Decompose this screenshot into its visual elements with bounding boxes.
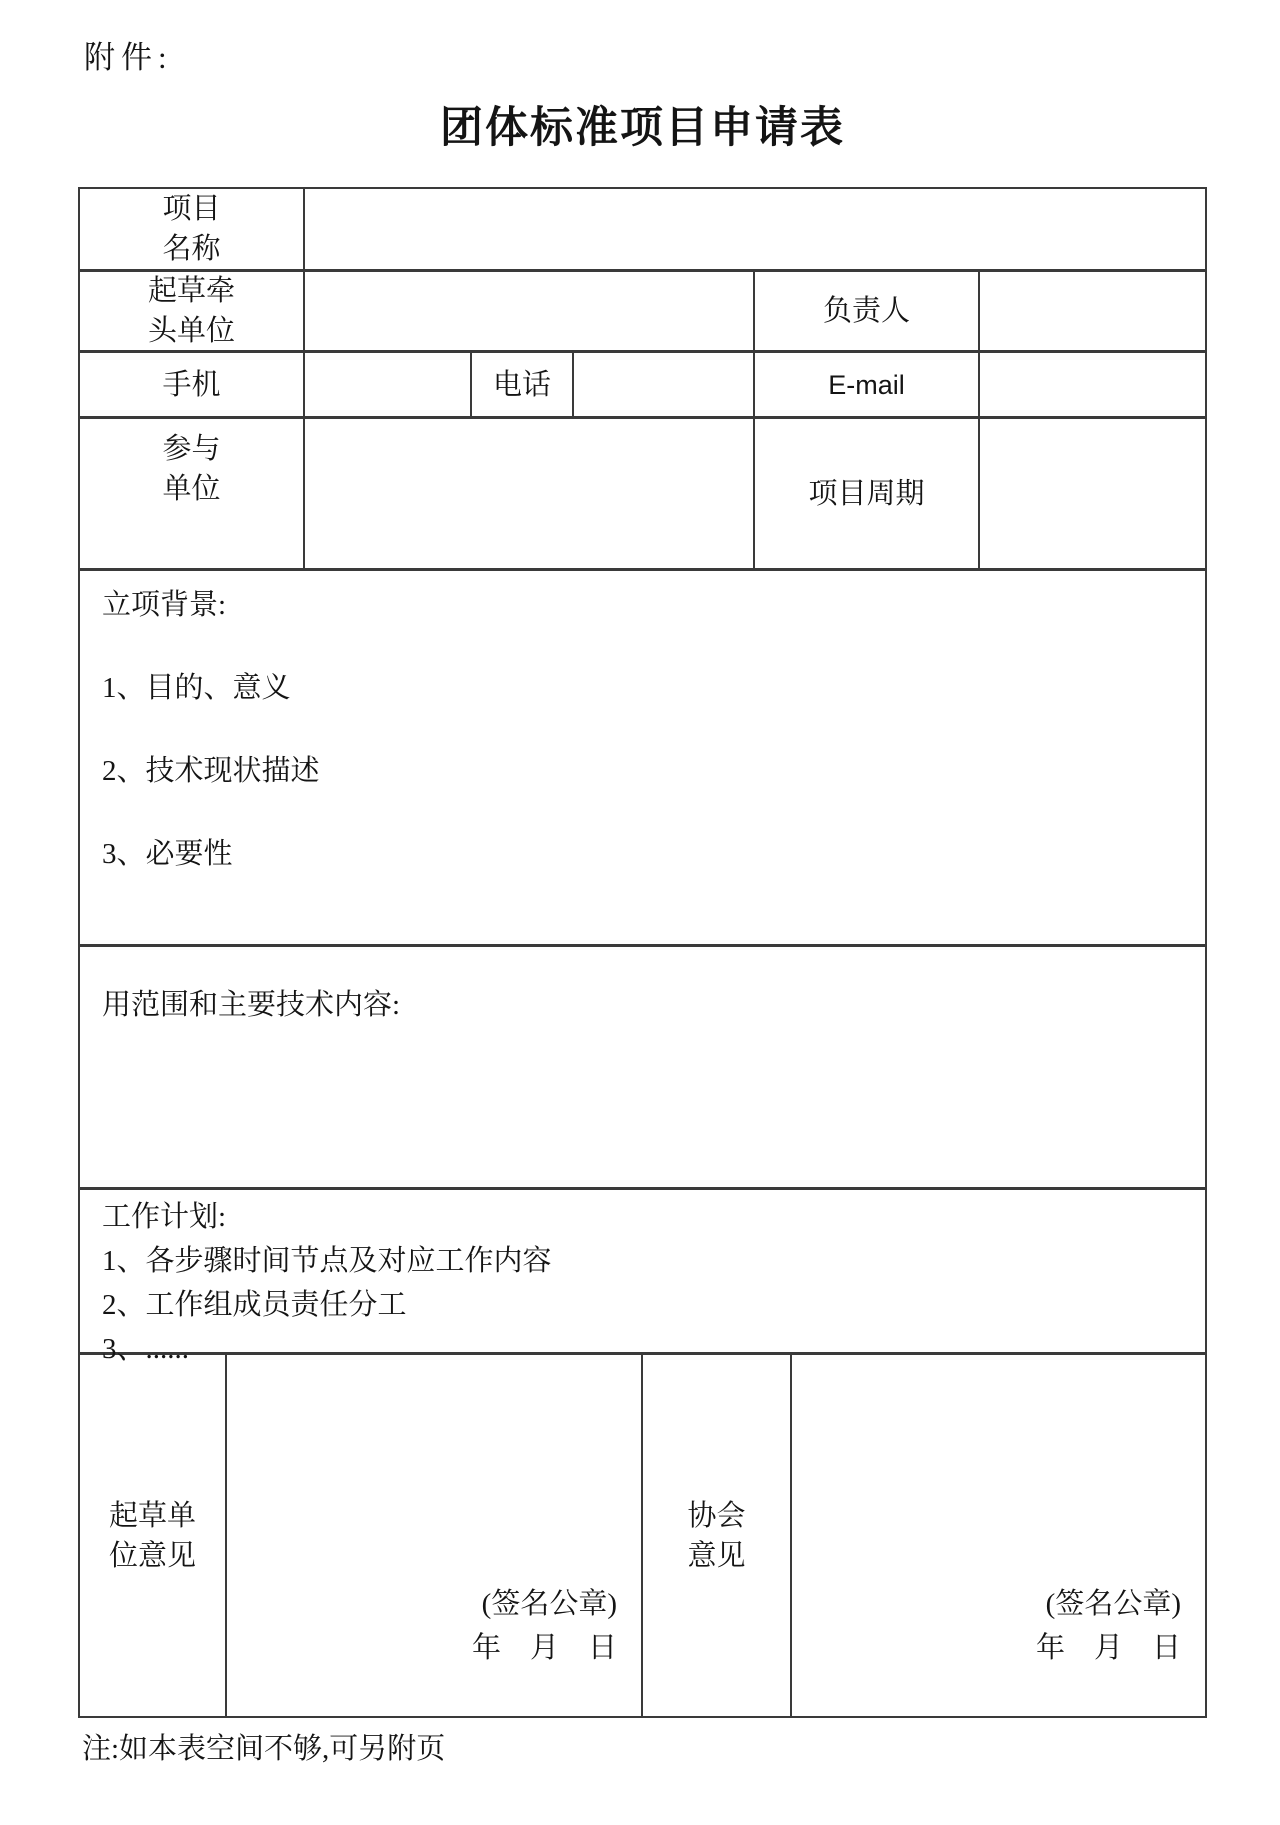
row-background[interactable]: 立项背景: 1、目的、意义 2、技术现状描述 3、必要性: [80, 571, 1205, 947]
row-lead-unit: 起草牵 头单位 负责人: [80, 272, 1205, 353]
row-project-name: 项目 名称: [80, 189, 1205, 272]
leader-field[interactable]: [980, 272, 1205, 350]
association-signature-area[interactable]: (签名公章) 年 月 日: [792, 1355, 1205, 1716]
draft-unit-signature-hint: (签名公章): [482, 1582, 617, 1626]
background-heading: 立项背景:: [102, 585, 1181, 625]
draft-unit-opinion-label: 起草单 位意见: [80, 1355, 227, 1716]
association-signature-hint: (签名公章): [1046, 1582, 1181, 1626]
mobile-label: 手机: [80, 353, 305, 416]
mobile-field[interactable]: [305, 353, 472, 416]
participants-label: 参与 单位: [80, 419, 305, 568]
attachment-label: 附件:: [84, 32, 173, 77]
application-table: 项目 名称 起草牵 头单位 负责人 手机 电话: [78, 187, 1207, 1718]
work-plan-item: 1、各步骤时间节点及对应工作内容: [102, 1239, 1181, 1283]
association-opinion-label: 协会 意见: [643, 1355, 792, 1716]
participants-field[interactable]: [305, 419, 755, 568]
leader-label: 负责人: [755, 272, 980, 350]
scope-heading: 用范围和主要技术内容:: [102, 985, 1181, 1025]
background-item: 3、必要性: [102, 834, 1181, 874]
project-name-label: 项目 名称: [80, 189, 305, 269]
work-plan-content: 工作计划: 1、各步骤时间节点及对应工作内容 2、工作组成员责任分工 3、...…: [80, 1190, 1205, 1371]
work-plan-heading: 工作计划:: [102, 1195, 1181, 1239]
association-date-line: 年 月 日: [1036, 1626, 1181, 1670]
phone-label: 电话: [472, 353, 574, 416]
work-plan-item: 2、工作组成员责任分工: [102, 1283, 1181, 1327]
scope-content: 用范围和主要技术内容:: [80, 947, 1205, 1025]
period-field[interactable]: [980, 419, 1205, 568]
email-label: E-mail: [755, 353, 980, 416]
background-item: 1、目的、意义: [102, 668, 1181, 708]
phone-field[interactable]: [574, 353, 755, 416]
lead-unit-field[interactable]: [305, 272, 755, 350]
footnote: 注:如本表空间不够,可另附页: [82, 1726, 445, 1767]
project-name-field[interactable]: [305, 189, 1205, 269]
row-scope[interactable]: 用范围和主要技术内容:: [80, 947, 1205, 1190]
background-content: 立项背景: 1、目的、意义 2、技术现状描述 3、必要性: [80, 571, 1205, 874]
draft-unit-date-line: 年 月 日: [472, 1626, 617, 1670]
row-opinions: 起草单 位意见 (签名公章) 年 月 日 协会 意见 (签名公章) 年 月 日: [80, 1355, 1205, 1716]
row-contact: 手机 电话 E-mail: [80, 353, 1205, 419]
draft-unit-signature-area[interactable]: (签名公章) 年 月 日: [227, 1355, 643, 1716]
row-work-plan[interactable]: 工作计划: 1、各步骤时间节点及对应工作内容 2、工作组成员责任分工 3、...…: [80, 1190, 1205, 1355]
document-page: 附件: 团体标准项目申请表 项目 名称 起草牵 头单位 负责人: [0, 0, 1280, 1825]
email-field[interactable]: [980, 353, 1205, 416]
row-participants: 参与 单位 项目周期: [80, 419, 1205, 571]
background-item: 2、技术现状描述: [102, 751, 1181, 791]
period-label: 项目周期: [755, 419, 980, 568]
form-title: 团体标准项目申请表: [78, 94, 1207, 155]
lead-unit-label: 起草牵 头单位: [80, 272, 305, 350]
